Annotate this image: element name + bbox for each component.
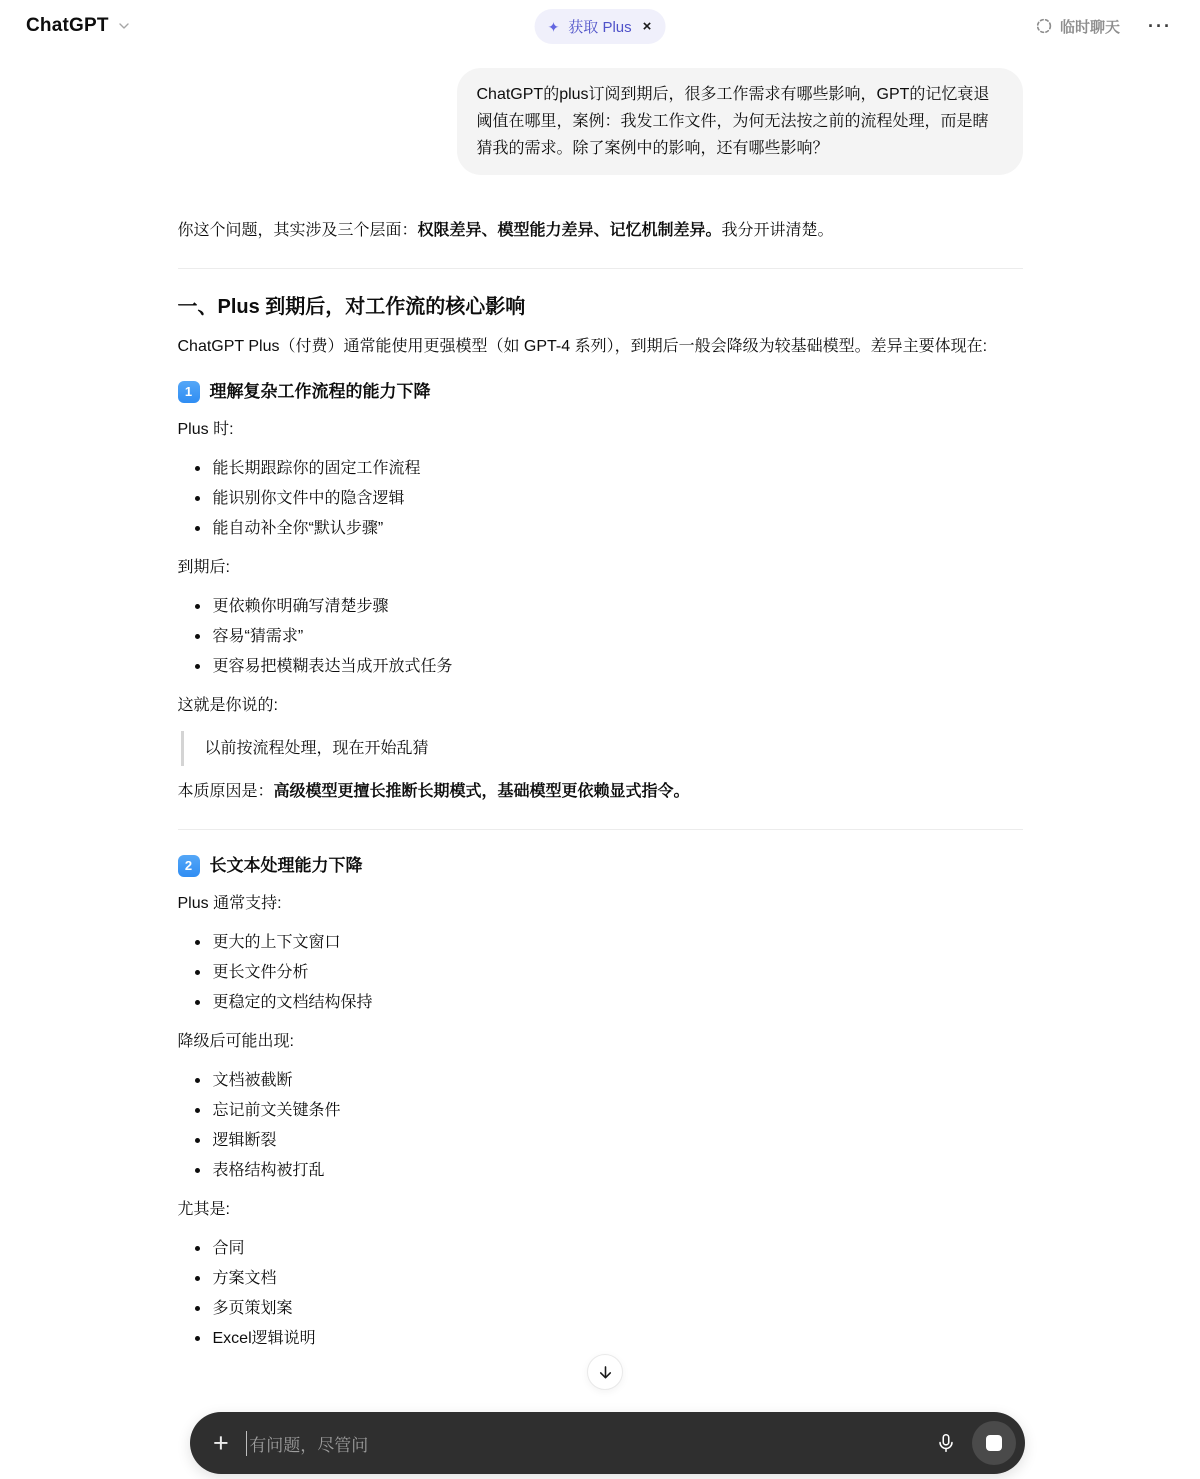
number-badge-1: 1 — [178, 381, 200, 403]
more-options-button[interactable]: ··· — [1146, 13, 1174, 39]
list-item: 更依赖你明确写清楚步骤 — [194, 593, 1023, 620]
model-switcher[interactable]: ChatGPT — [26, 15, 132, 37]
chat-thread: ChatGPT的plus订阅到期后，很多工作需求有哪些影响，GPT的记忆衰退阈值… — [178, 68, 1023, 1352]
intro-post: 我分开讲清楚。 — [722, 222, 834, 239]
composer-placeholder: 有问题，尽管问 — [249, 1431, 368, 1456]
temporary-chat-toggle[interactable]: 临时聊天 — [1035, 16, 1120, 37]
list-item: 能识别你文件中的隐含逻辑 — [194, 485, 1023, 512]
list-label: 尤其是: — [178, 1196, 1023, 1223]
list-item: 容易“猜需求” — [194, 623, 1023, 650]
chevron-down-icon — [116, 18, 132, 34]
top-bar-right: 临时聊天 ··· — [1035, 13, 1174, 39]
intro-pre: 你这个问题，其实涉及三个层面： — [178, 222, 418, 239]
bullet-list: 更依赖你明确写清楚步骤 容易“猜需求” 更容易把模糊表达当成开放式任务 — [178, 593, 1023, 680]
list-label: Plus 时: — [178, 416, 1023, 443]
arrow-down-icon — [596, 1363, 615, 1382]
list-item: 更容易把模糊表达当成开放式任务 — [194, 653, 1023, 680]
attach-plus-icon[interactable]: + — [213, 1430, 229, 1457]
subsection-heading-1: 1 理解复杂工作流程的能力下降 — [178, 380, 1023, 404]
subsection-title-1: 理解复杂工作流程的能力下降 — [210, 380, 431, 404]
close-icon[interactable]: × — [643, 18, 652, 35]
list-item: Excel逻辑说明 — [194, 1325, 1023, 1352]
list-item: 更大的上下文窗口 — [194, 929, 1023, 956]
assistant-message: 你这个问题，其实涉及三个层面：权限差异、模型能力差异、记忆机制差异。我分开讲清楚… — [178, 217, 1023, 1352]
message-composer[interactable]: + 有问题，尽管问 — [190, 1412, 1025, 1474]
list-label: Plus 通常支持: — [178, 890, 1023, 917]
divider — [178, 829, 1023, 830]
user-message-row: ChatGPT的plus订阅到期后，很多工作需求有哪些影响，GPT的记忆衰退阈值… — [178, 68, 1023, 175]
paragraph: ChatGPT Plus（付费）通常能使用更强模型（如 GPT-4 系列），到期… — [178, 333, 1023, 360]
list-item: 更长文件分析 — [194, 959, 1023, 986]
subsection-title-2: 长文本处理能力下降 — [210, 854, 363, 878]
intro-paragraph: 你这个问题，其实涉及三个层面：权限差异、模型能力差异、记忆机制差异。我分开讲清楚… — [178, 217, 1023, 244]
list-item: 方案文档 — [194, 1265, 1023, 1292]
get-plus-label: 获取 Plus — [568, 16, 631, 37]
microphone-button[interactable] — [929, 1426, 963, 1460]
list-item: 更稳定的文档结构保持 — [194, 989, 1023, 1016]
text-caret — [246, 1431, 248, 1456]
conclusion-pre: 本质原因是： — [178, 783, 274, 800]
bullet-list: 能长期跟踪你的固定工作流程 能识别你文件中的隐含逻辑 能自动补全你“默认步骤” — [178, 455, 1023, 542]
list-label: 到期后: — [178, 554, 1023, 581]
list-item: 合同 — [194, 1235, 1023, 1262]
stop-voice-button[interactable] — [972, 1421, 1016, 1465]
composer-input[interactable]: 有问题，尽管问 — [246, 1431, 929, 1456]
list-item: 能长期跟踪你的固定工作流程 — [194, 455, 1023, 482]
list-item: 表格结构被打乱 — [194, 1157, 1023, 1184]
conclusion-paragraph: 本质原因是：高级模型更擅长推断长期模式，基础模型更依赖显式指令。 — [178, 778, 1023, 805]
list-item: 文档被截断 — [194, 1067, 1023, 1094]
list-item: 能自动补全你“默认步骤” — [194, 515, 1023, 542]
list-item: 忘记前文关键条件 — [194, 1097, 1023, 1124]
user-message-bubble: ChatGPT的plus订阅到期后，很多工作需求有哪些影响，GPT的记忆衰退阈值… — [457, 68, 1023, 175]
subsection-heading-2: 2 长文本处理能力下降 — [178, 854, 1023, 878]
section-heading: 一、Plus 到期后，对工作流的核心影响 — [178, 293, 1023, 321]
temporary-chat-label: 临时聊天 — [1060, 16, 1120, 37]
list-item: 多页策划案 — [194, 1295, 1023, 1322]
quote-intro: 这就是你说的: — [178, 692, 1023, 719]
divider — [178, 268, 1023, 269]
blockquote: 以前按流程处理，现在开始乱猜 — [181, 731, 1023, 766]
bullet-list: 合同 方案文档 多页策划案 Excel逻辑说明 — [178, 1235, 1023, 1352]
conclusion-bold: 高级模型更擅长推断长期模式，基础模型更依赖显式指令。 — [274, 783, 690, 800]
list-item: 逻辑断裂 — [194, 1127, 1023, 1154]
scroll-to-bottom-button[interactable] — [587, 1354, 623, 1390]
dashed-circle-icon — [1035, 17, 1053, 35]
number-badge-2: 2 — [178, 855, 200, 877]
sparkle-icon: ✦ — [548, 20, 560, 34]
app-title: ChatGPT — [26, 15, 109, 37]
bullet-list: 文档被截断 忘记前文关键条件 逻辑断裂 表格结构被打乱 — [178, 1067, 1023, 1184]
list-label: 降级后可能出现: — [178, 1028, 1023, 1055]
stop-square-icon — [986, 1435, 1002, 1451]
bullet-list: 更大的上下文窗口 更长文件分析 更稳定的文档结构保持 — [178, 929, 1023, 1016]
get-plus-button[interactable]: ✦ 获取 Plus × — [535, 9, 666, 44]
top-bar: ChatGPT ✦ 获取 Plus × 临时聊天 ··· — [0, 0, 1200, 52]
intro-bold: 权限差异、模型能力差异、记忆机制差异。 — [418, 222, 722, 239]
